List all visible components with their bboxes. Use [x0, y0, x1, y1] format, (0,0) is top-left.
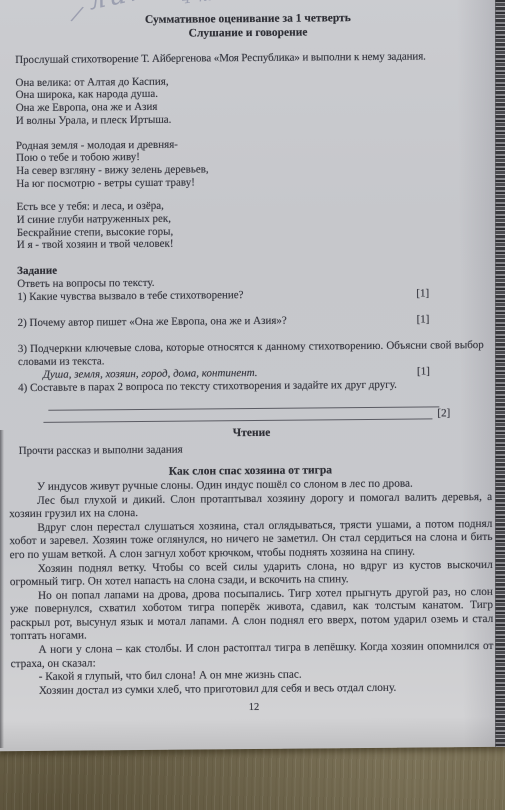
story-paragraph: Вдруг слон перестал слушаться хозяина, с…: [9, 518, 492, 563]
poem-stanza-3: Есть все у тебя: и леса, и озёра, И сини…: [17, 197, 483, 252]
keywords-line: Душа, земля, хозяин, город, дома, контин…: [18, 367, 258, 381]
assessment-title: Суммативное оценивание за 1 четверть Слу…: [15, 10, 481, 42]
points-badge: [1]: [417, 313, 430, 326]
question-4-text: 4) Составьте в парах 2 вопроса по тексту…: [18, 379, 397, 394]
answer-line: [43, 407, 432, 423]
story-paragraph: Хозяин поднял ветку. Чтобы со всей силы …: [10, 558, 493, 589]
points-badge: [1]: [417, 366, 430, 379]
poem-line: И я - твой хозяин и твой человек!: [17, 235, 483, 252]
points-badge: [2]: [437, 408, 450, 420]
question-3: 3) Подчеркни ключевые слова, которые отн…: [18, 339, 484, 369]
reading-intro: Прочти рассказ и выполни задания: [19, 441, 485, 458]
story-paragraph: Но он попал лапами на дрова, дрова посып…: [10, 586, 493, 645]
reading-section-heading: Чтение: [19, 425, 485, 442]
question-2-text: 2) Почему автор пишет «Она же Европа, он…: [18, 314, 287, 328]
photo-left-edge-shadow: [0, 430, 4, 748]
poem-stanza-1: Она велика: от Алтая до Каспия, Она широ…: [15, 73, 481, 128]
poem-stanza-2: Родная земля - молодая и древняя- Пою о …: [16, 136, 482, 191]
story-paragraph: А ноги у слона – как столбы. И слон раст…: [10, 640, 493, 671]
answer-line-row: [2]: [43, 407, 484, 423]
question-1: 1) Какие чувства вызвало в тебе стихотво…: [17, 287, 483, 304]
assessment-title-line2: Слушание и говорение: [15, 24, 481, 42]
story-paragraph: Лес был глухой и дикий. Слон протаптывал…: [9, 490, 492, 521]
worksheet-paper: Суммативное оценивание за 1 четверть Слу…: [0, 0, 505, 751]
handwriting-grade-note: 4 кл: [181, 0, 219, 5]
handwriting-note: литер: [88, 0, 197, 8]
question-4: 4) Составьте в парах 2 вопроса по тексту…: [18, 378, 484, 395]
listening-intro: Прослушай стихотворение Т. Айбергенова «…: [15, 50, 481, 67]
page-number: 12: [21, 700, 487, 717]
story: Как слон спас хозяина от тигра У индусов…: [9, 463, 494, 698]
notebook-perforation-edge: [495, 0, 505, 747]
points-badge: [1]: [416, 287, 429, 300]
worksheet-content: Суммативное оценивание за 1 четверть Слу…: [0, 0, 505, 751]
question-3-text: 3) Подчеркни ключевые слова, которые отн…: [18, 339, 484, 368]
photo-of-worksheet: { "colors": { "paper": "#c7c8cc", "ink":…: [0, 0, 505, 810]
question-2: 2) Почему автор пишет «Она же Европа, он…: [18, 313, 484, 330]
question-1-text: 1) Какие чувства вызвало в тебе стихотво…: [17, 289, 243, 303]
